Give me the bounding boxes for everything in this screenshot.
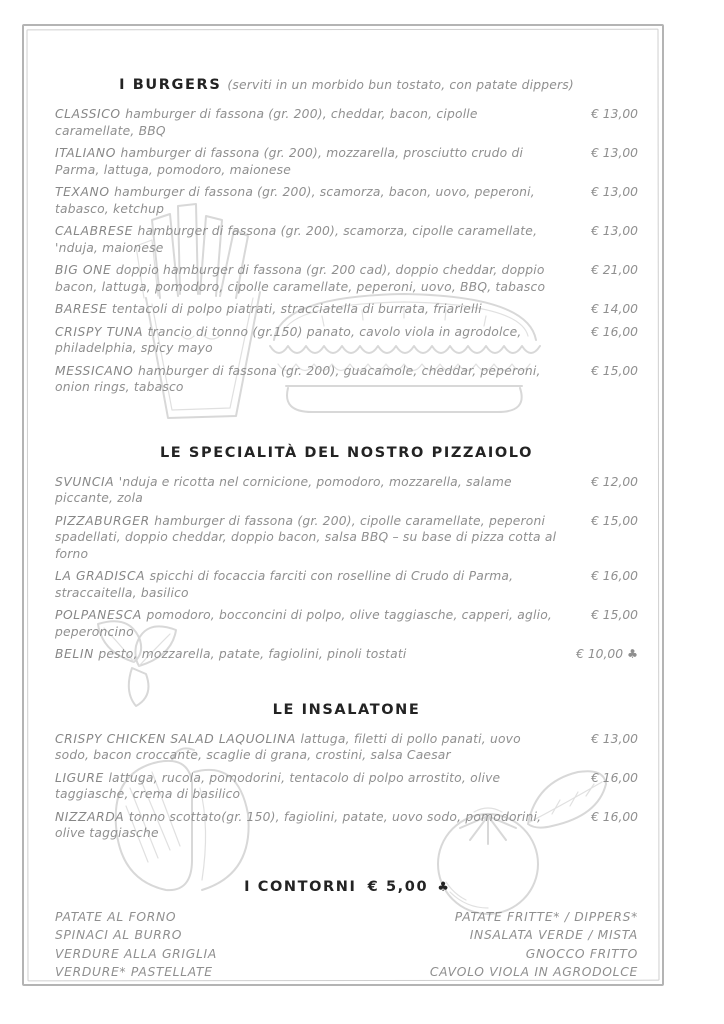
section-contorni: I CONTORNI € 5,00 ♣ PATATE AL FORNOSPINA… [55, 876, 638, 982]
menu-item-description: hamburger di fassona (gr. 200), mozzarel… [55, 146, 523, 177]
menu-item-description: tentacoli di polpo piatrati, stracciatel… [112, 302, 482, 316]
contorni-left-list: PATATE AL FORNOSPINACI AL BURROVERDURE A… [55, 908, 217, 982]
menu-item: LA GRADISCA spicchi di focaccia farciti … [55, 568, 638, 601]
menu-item-name: CRISPY CHICKEN SALAD LAQUOLINA [55, 732, 300, 746]
menu-item: BELIN pesto, mozzarella, patate, fagioli… [55, 646, 638, 663]
menu-item-name: BARESE [55, 302, 112, 316]
menu-item-price: € 15,00 [568, 607, 638, 624]
menu-item-name: LA GRADISCA [55, 569, 150, 583]
menu-item-description: lattuga, rucola, pomodorini, tentacolo d… [55, 771, 500, 802]
contorni-item: INSALATA VERDE / MISTA [430, 926, 638, 945]
contorni-item: CAVOLO VIOLA IN AGRODOLCE [430, 963, 638, 982]
menu-content: I BURGERS(serviti in un morbido bun tost… [55, 74, 638, 982]
menu-item-name: PIZZABURGER [55, 514, 154, 528]
contorni-header: I CONTORNI € 5,00 ♣ [55, 876, 638, 895]
section-title: LE INSALATONE [273, 702, 421, 718]
section-insalatone: LE INSALATONE CRISPY CHICKEN SALAD LAQUO… [55, 699, 638, 842]
section-header: I BURGERS(serviti in un morbido bun tost… [55, 74, 638, 93]
menu-item: BIG ONE doppio hamburger di fassona (gr.… [55, 262, 638, 295]
menu-item-price: € 13,00 [568, 145, 638, 162]
menu-item-name: CRISPY TUNA [55, 325, 148, 339]
menu-item: ITALIANO hamburger di fassona (gr. 200),… [55, 145, 638, 178]
menu-item-description: 'nduja e ricotta nel cornicione, pomodor… [55, 475, 512, 506]
menu-item: NIZZARDA tonno scottato(gr. 150), fagiol… [55, 809, 638, 842]
menu-sections: I BURGERS(serviti in un morbido bun tost… [55, 74, 638, 842]
menu-item-name: BIG ONE [55, 263, 116, 277]
menu-item: CRISPY TUNA trancio di tonno (gr.150) pa… [55, 324, 638, 357]
menu-item-description: hamburger di fassona (gr. 200), scamorza… [55, 185, 535, 216]
menu-item-description: doppio hamburger di fassona (gr. 200 cad… [55, 263, 545, 294]
contorni-title: I CONTORNI [244, 879, 356, 895]
menu-item-name: LIGURE [55, 771, 108, 785]
menu-item-price: € 16,00 [568, 770, 638, 787]
contorni-price: € 5,00 [368, 879, 429, 895]
menu-item: CALABRESE hamburger di fassona (gr. 200)… [55, 223, 638, 256]
contorni-item: VERDURE* PASTELLATE [55, 963, 217, 982]
menu-item-name: NIZZARDA [55, 810, 129, 824]
menu-item: POLPANESCA pomodoro, bocconcini di polpo… [55, 607, 638, 640]
contorni-item: SPINACI AL BURRO [55, 926, 217, 945]
menu-page: I BURGERS(serviti in un morbido bun tost… [0, 0, 724, 1024]
menu-item: CRISPY CHICKEN SALAD LAQUOLINA lattuga, … [55, 731, 638, 764]
section-subtitle: (serviti in un morbido bun tostato, con … [227, 78, 574, 92]
menu-item: SVUNCIA 'nduja e ricotta nel cornicione,… [55, 474, 638, 507]
menu-item-price: € 13,00 [568, 184, 638, 201]
menu-item: MESSICANO hamburger di fassona (gr. 200)… [55, 363, 638, 396]
menu-item: PIZZABURGER hamburger di fassona (gr. 20… [55, 513, 638, 563]
menu-item-name: SVUNCIA [55, 475, 119, 489]
menu-item-name: POLPANESCA [55, 608, 146, 622]
contorni-item: PATATE AL FORNO [55, 908, 217, 927]
contorni-item: GNOCCO FRITTO [430, 945, 638, 964]
section-header: LE SPECIALITÀ DEL NOSTRO PIZZAIOLO [55, 442, 638, 461]
club-icon: ♣ [437, 880, 449, 895]
menu-item-price: € 13,00 [568, 223, 638, 240]
menu-item-name: TEXANO [55, 185, 114, 199]
section-pizzaiolo: LE SPECIALITÀ DEL NOSTRO PIZZAIOLO SVUNC… [55, 442, 638, 663]
menu-item-price: € 12,00 [568, 474, 638, 491]
menu-item-price: € 14,00 [568, 301, 638, 318]
menu-item-price: € 15,00 [568, 513, 638, 530]
menu-item-name: CLASSICO [55, 107, 125, 121]
section-title: LE SPECIALITÀ DEL NOSTRO PIZZAIOLO [160, 445, 533, 461]
section-burgers: I BURGERS(serviti in un morbido bun tost… [55, 74, 638, 396]
contorni-columns: PATATE AL FORNOSPINACI AL BURROVERDURE A… [55, 908, 638, 982]
menu-item-price: € 13,00 [568, 731, 638, 748]
menu-item-name: CALABRESE [55, 224, 138, 238]
menu-item-price: € 16,00 [568, 324, 638, 341]
menu-item-name: BELIN [55, 647, 98, 661]
menu-item-name: ITALIANO [55, 146, 121, 160]
menu-item-price: € 10,00 ♣ [568, 646, 638, 663]
menu-item: TEXANO hamburger di fassona (gr. 200), s… [55, 184, 638, 217]
menu-item-price: € 16,00 [568, 809, 638, 826]
menu-item-description: pesto, mozzarella, patate, fagiolini, pi… [98, 647, 406, 661]
menu-item-name: MESSICANO [55, 364, 138, 378]
menu-item: BARESE tentacoli di polpo piatrati, stra… [55, 301, 638, 318]
contorni-item: PATATE FRITTE* / DIPPERS* [430, 908, 638, 927]
menu-item-price: € 13,00 [568, 106, 638, 123]
menu-item-description: tonno scottato(gr. 150), fagiolini, pata… [55, 810, 541, 841]
contorni-right-list: PATATE FRITTE* / DIPPERS*INSALATA VERDE … [430, 908, 638, 982]
section-title: I BURGERS [119, 77, 221, 93]
contorni-item: VERDURE ALLA GRIGLIA [55, 945, 217, 964]
menu-item-price: € 21,00 [568, 262, 638, 279]
menu-item: LIGURE lattuga, rucola, pomodorini, tent… [55, 770, 638, 803]
menu-item: CLASSICO hamburger di fassona (gr. 200),… [55, 106, 638, 139]
section-header: LE INSALATONE [55, 699, 638, 718]
menu-item-price: € 16,00 [568, 568, 638, 585]
menu-item-price: € 15,00 [568, 363, 638, 380]
